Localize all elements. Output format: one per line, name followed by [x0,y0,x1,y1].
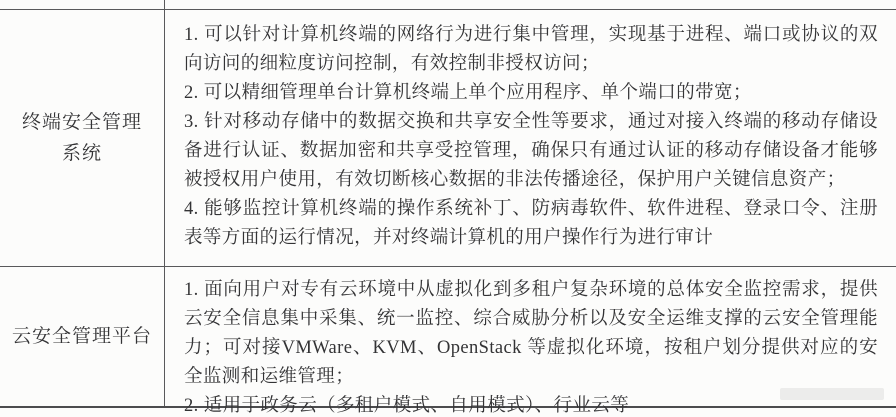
product-name-cloud-security: 云安全管理平台 [12,321,152,352]
feature-item-3: 3. 针对移动存储中的数据交换和共享安全性等要求，通过对接入终端的移动存储设备进… [184,108,878,195]
product-features-cell: 1. 可以针对计算机终端的网络行为进行集中管理，实现基于进程、端口或协议的双向访… [165,10,896,266]
product-name-line: 系统 [62,143,102,164]
partial-content-cell [165,0,896,9]
table-row-terminal-security: 终端安全管理 系统 1. 可以针对计算机终端的网络行为进行集中管理，实现基于进程… [0,9,896,266]
security-products-table: 终端安全管理 系统 1. 可以针对计算机终端的网络行为进行集中管理，实现基于进程… [0,0,896,408]
product-name-terminal-security: 终端安全管理 系统 [22,107,142,169]
product-name-line: 云安全管理平台 [12,326,152,347]
feature-item-2: 2. 可以精细管理单台计算机终端上单个应用程序、单个端口的带宽； [184,79,878,108]
product-name-line: 终端安全管理 [22,112,142,133]
table-row-partial [0,0,896,9]
feature-item-1: 1. 面向用户对专有云环境中从虚拟化到多租户复杂环境的总体安全监控需求，提供云安… [184,276,878,392]
product-features-cell: 1. 面向用户对专有云环境中从虚拟化到多租户复杂环境的总体安全监控需求，提供云安… [165,267,896,406]
product-name-cell: 云安全管理平台 [0,267,165,406]
scan-artifact [780,388,884,400]
feature-item-4: 4. 能够监控计算机终端的操作系统补丁、防病毒软件、软件进程、登录口令、注册表等… [184,195,878,253]
product-name-cell: 终端安全管理 系统 [0,10,165,266]
feature-item-1: 1. 可以针对计算机终端的网络行为进行集中管理，实现基于进程、端口或协议的双向访… [184,21,878,79]
partial-label-cell [0,0,165,9]
scanned-document-page: 终端安全管理 系统 1. 可以针对计算机终端的网络行为进行集中管理，实现基于进程… [0,0,896,417]
feature-item-2: 2. 适用于政务云（多租户模式、自用模式）、行业云等 [184,392,878,417]
table-row-cloud-security: 云安全管理平台 1. 面向用户对专有云环境中从虚拟化到多租户复杂环境的总体安全监… [0,266,896,406]
